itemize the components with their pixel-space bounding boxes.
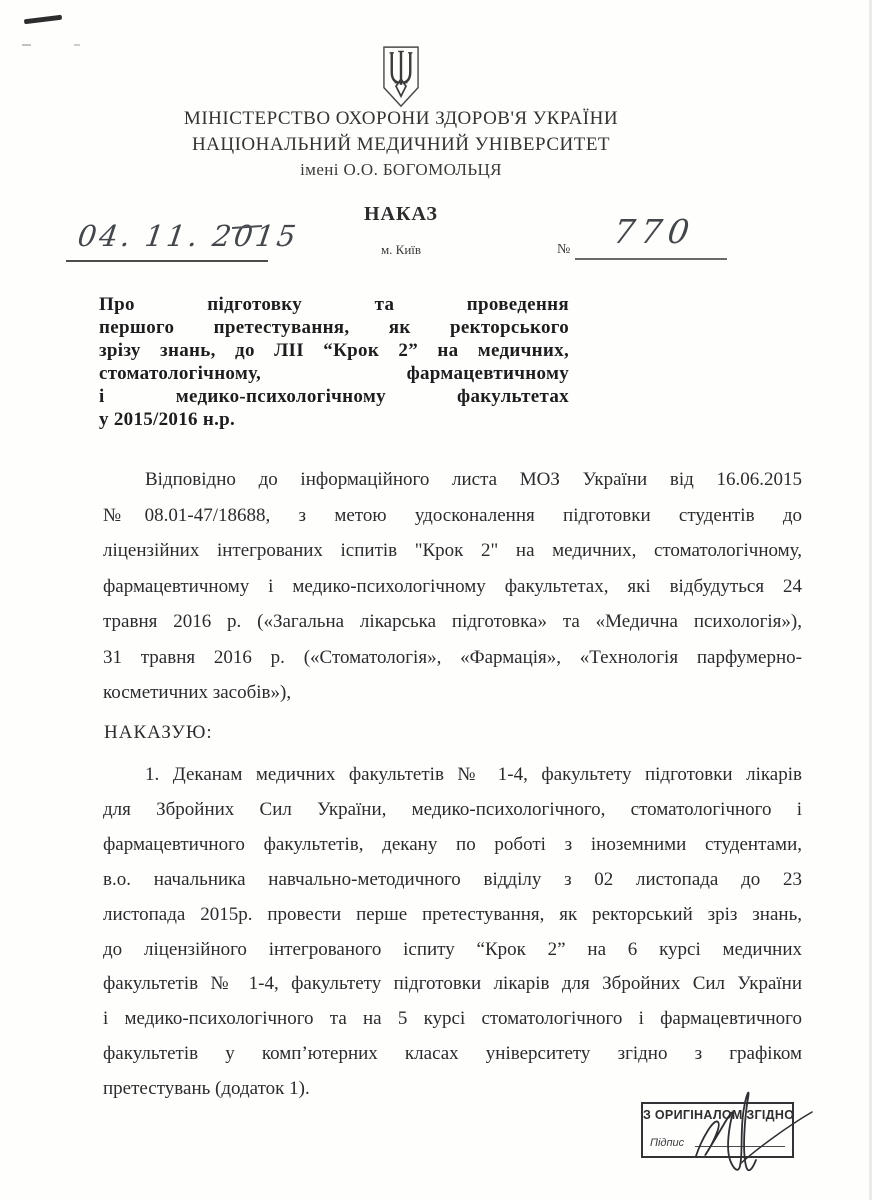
text-line: 31 травня 2016 р. («Стоматологія», «Фарм…: [103, 640, 802, 676]
order-number-label: №: [557, 242, 570, 258]
text-line: №08.01-47/18688, з метою удосконалення п…: [103, 498, 802, 534]
text-line: стоматологічному, фармацевтичному: [99, 362, 569, 385]
signature-label: Підпис: [650, 1137, 684, 1149]
text-line: Відповідно до інформаційного листа МОЗ У…: [103, 462, 802, 498]
text-line: травня 2016 р. («Загальна лікарська підг…: [103, 604, 802, 640]
resolution-heading: НАКАЗУЮ:: [104, 722, 213, 744]
scanned-order-document-page: МІНІСТЕРСТВО ОХОРОНИ ЗДОРОВ'Я УКРАЇНИ НА…: [0, 0, 872, 1200]
date-underline: [66, 260, 268, 262]
text-line: факультетів № 1-4, факультету підготовки…: [103, 967, 802, 1002]
university-named-after: імені О.О. БОГОМОЛЬЦЯ: [0, 160, 802, 180]
university-name: НАЦІОНАЛЬНИЙ МЕДИЧНИЙ УНІВЕРСИТЕТ: [0, 134, 802, 156]
text-line: до ліцензійного інтегрованого іспиту “Кр…: [103, 933, 802, 968]
scan-edge-artifact: [0, 0, 872, 9]
text-line: першого претестування, як ректорського: [99, 316, 569, 339]
ukraine-trident-emblem-icon: [379, 45, 423, 109]
text-line: фармацевтичному і медико-психологічному …: [103, 569, 802, 605]
certification-stamp: З ОРИГІНАЛОМ ЗГІДНО Підпис: [641, 1102, 794, 1158]
text-line: листопада 2015р. провести перше претесту…: [103, 898, 802, 933]
intro-paragraph: Відповідно до інформаційного листа МОЗ У…: [103, 462, 802, 711]
text-line: косметичних засобів»),: [103, 675, 802, 711]
text-line: в.о. начальника навчально-методичного ві…: [103, 863, 802, 898]
scan-speck: [22, 44, 31, 46]
corner-pen-mark: [24, 15, 62, 25]
order-number-underline: [575, 258, 727, 260]
text-line: і медико-психологічному факультетах: [99, 385, 569, 408]
order-date-handwritten: 04. 11. 2015: [76, 219, 301, 253]
order-number-handwritten: 770: [611, 212, 697, 251]
scan-speck: [74, 44, 80, 46]
ministry-name: МІНІСТЕРСТВО ОХОРОНИ ЗДОРОВ'Я УКРАЇНИ: [0, 108, 802, 130]
text-line: у 2015/2016 н.р.: [99, 408, 569, 431]
order-subject: Про підготовку та проведенняпершого прет…: [99, 293, 569, 431]
text-line: 1. Деканам медичних факультетів № 1-4, ф…: [103, 758, 802, 793]
text-line: фармацевтичного факультетів, декану по р…: [103, 828, 802, 863]
text-line: для Збройних Сил України, медико-психоло…: [103, 793, 802, 828]
text-line: зрізу знань, до ЛІІ “Крок 2” на медичних…: [99, 339, 569, 362]
text-line: Про підготовку та проведення: [99, 293, 569, 316]
text-line: і медико-психологічного та на 5 курсі ст…: [103, 1002, 802, 1037]
text-line: ліцензійних інтегрованих іспитів "Крок 2…: [103, 533, 802, 569]
signature-line: [695, 1146, 785, 1148]
stamp-title: З ОРИГІНАЛОМ ЗГІДНО: [643, 1108, 792, 1122]
text-line: факультетів у комп’ютерних класах універ…: [103, 1037, 802, 1072]
order-item-1: 1. Деканам медичних факультетів № 1-4, ф…: [103, 758, 802, 1107]
